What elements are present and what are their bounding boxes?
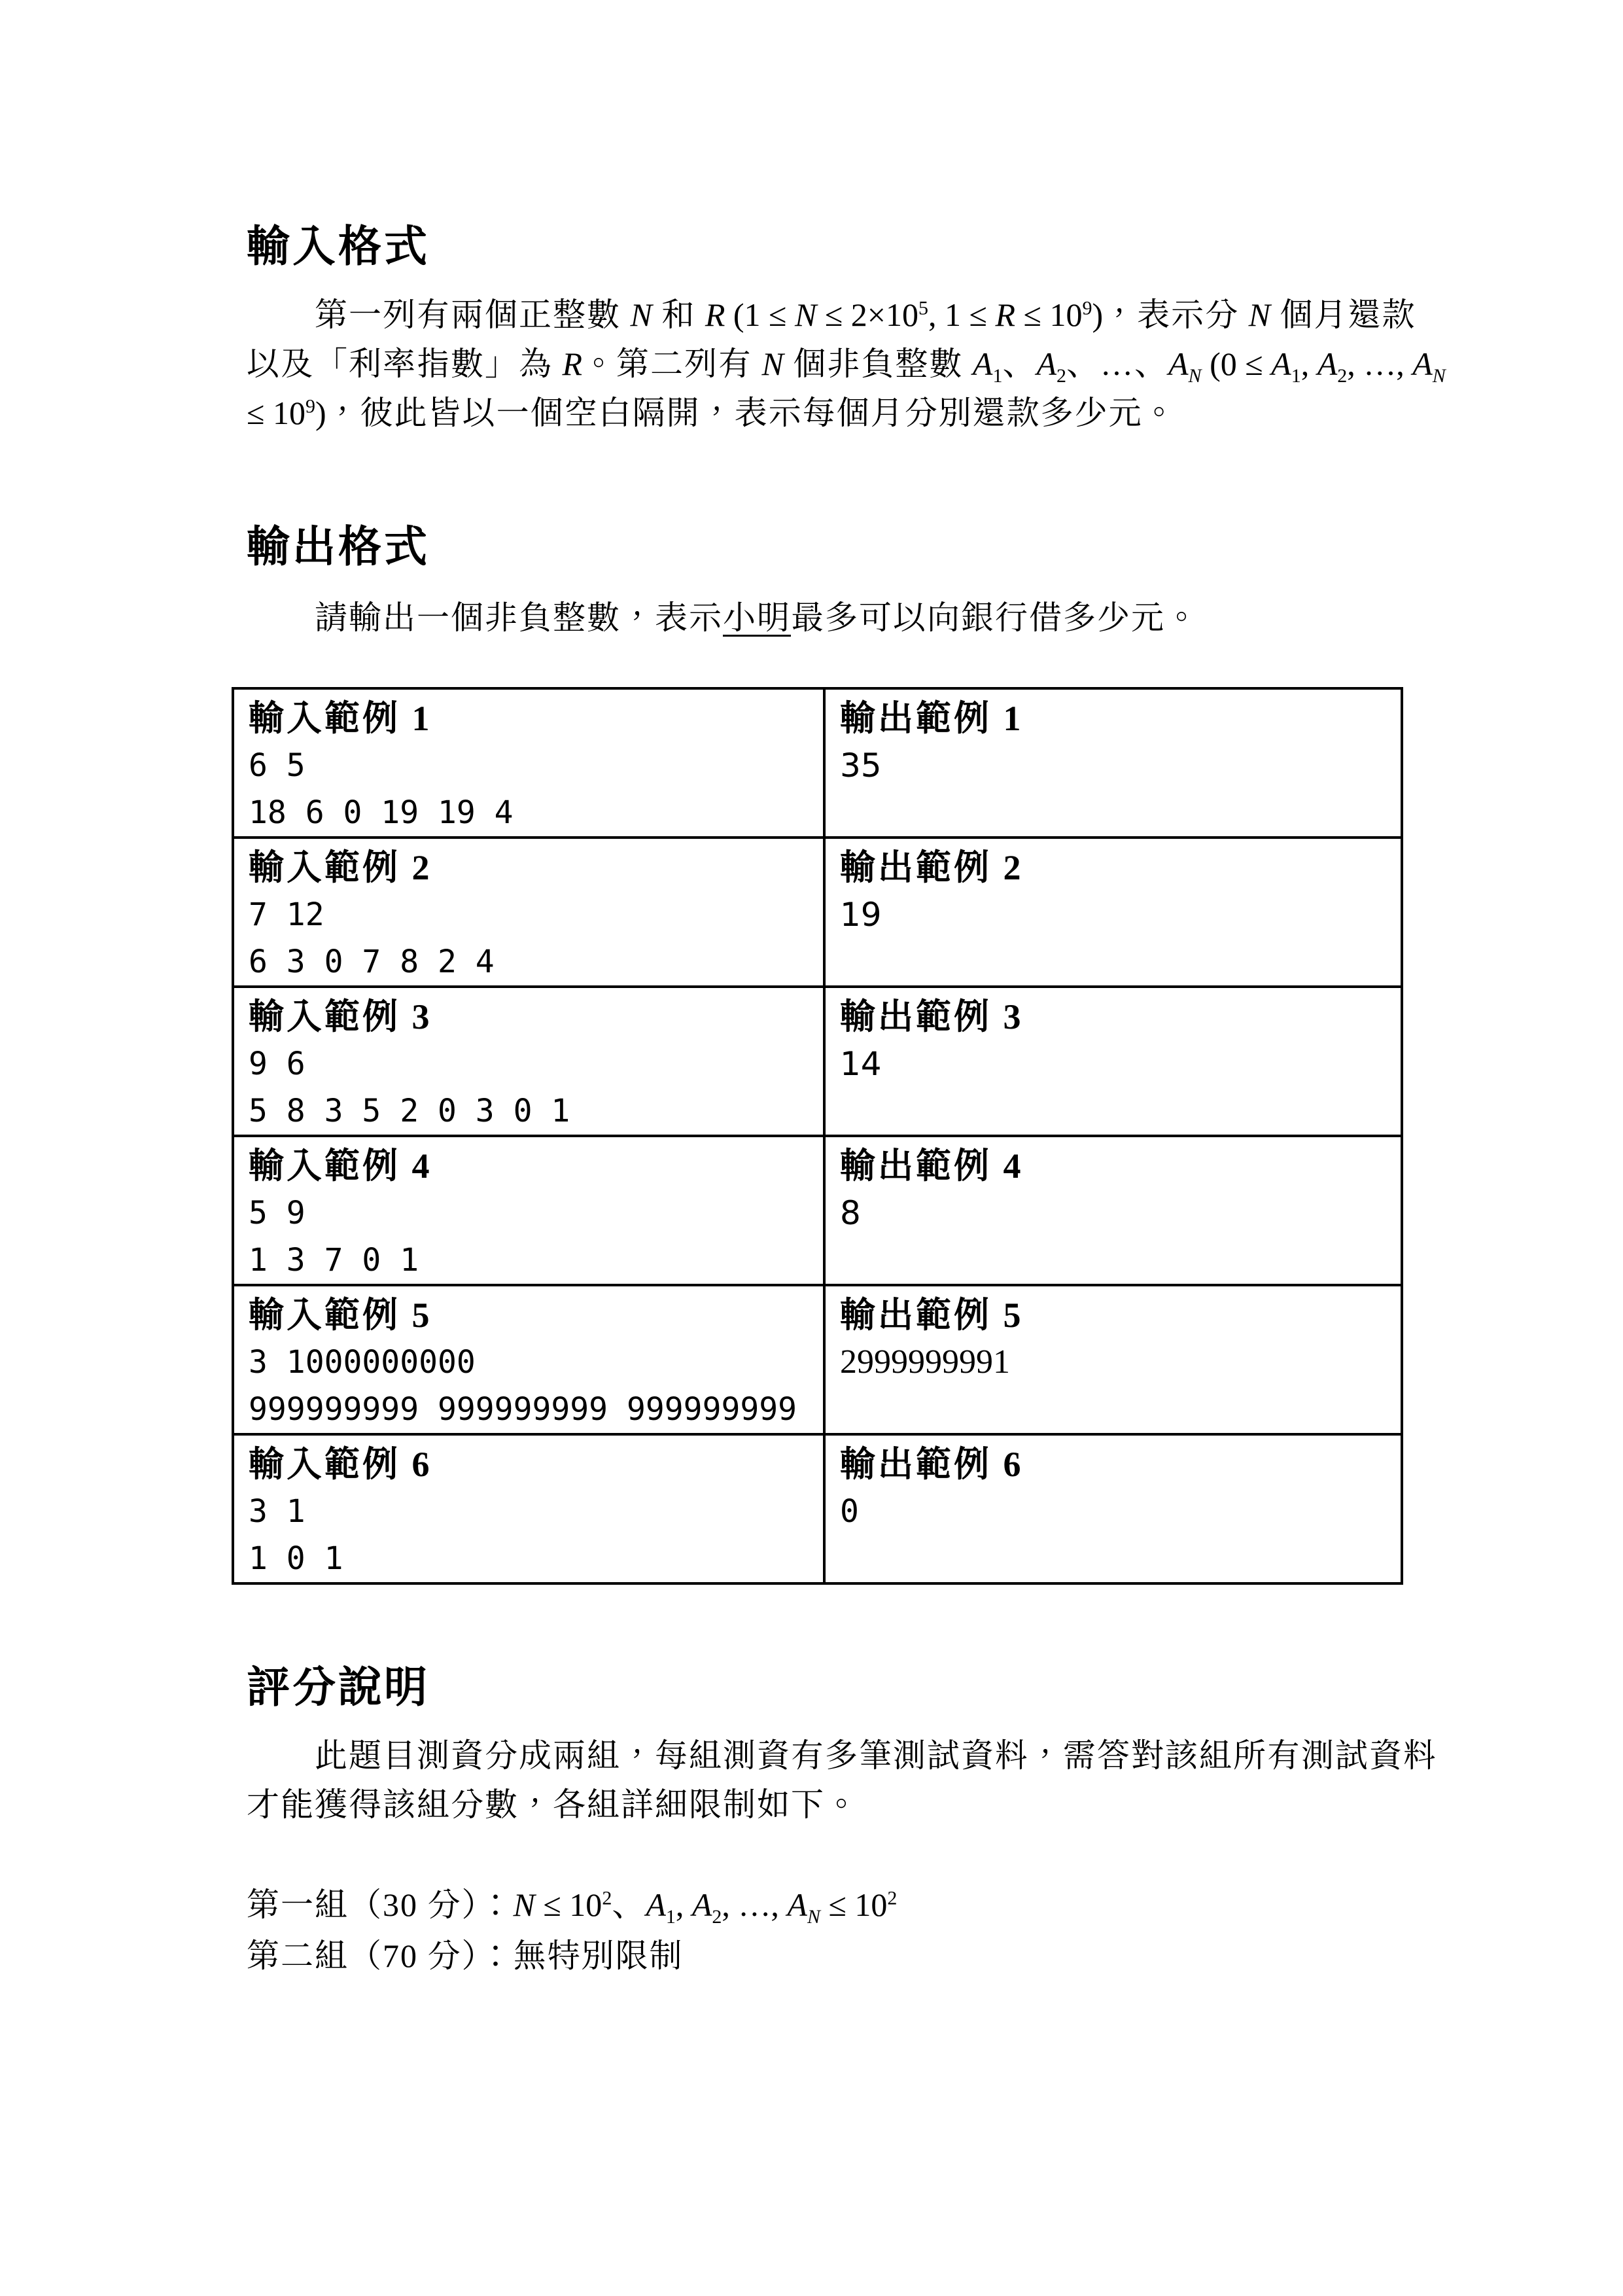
- example-input-line: 3 1: [249, 1488, 809, 1535]
- example-input-label: 輸入範例 2: [249, 844, 809, 891]
- output-format-heading: 輸出格式: [247, 521, 1401, 574]
- input-format-paragraph: 第一列有兩個正整數 N 和 R (1 ≤ N ≤ 2×105, 1 ≤ R ≤ …: [247, 291, 1401, 438]
- example-input-label: 輸入範例 4: [249, 1142, 809, 1190]
- paragraph-line: 以及「利率指數」為 R。第二列有 N 個非負整數 A1、A2、…、AN (0 ≤…: [247, 340, 1401, 389]
- example-row: 輸入範例 6 3 1 1 0 1 輸出範例 6 0: [233, 1434, 1402, 1583]
- example-output-cell: 輸出範例 6 0: [824, 1434, 1402, 1583]
- paragraph-line: 請輸出一個非負整數，表示小明最多可以向銀行借多少元。: [247, 593, 1401, 643]
- example-row: 輸入範例 5 3 1000000000 999999999 999999999 …: [233, 1285, 1402, 1434]
- example-input-line: 6 3 0 7 8 2 4: [249, 938, 809, 985]
- example-input-line: 6 5: [249, 742, 809, 789]
- example-row: 輸入範例 2 7 12 6 3 0 7 8 2 4 輸出範例 2 19: [233, 838, 1402, 987]
- example-row: 輸入範例 4 5 9 1 3 7 0 1 輸出範例 4 8: [233, 1136, 1402, 1285]
- example-output-label: 輸出範例 4: [840, 1142, 1386, 1190]
- example-output-cell: 輸出範例 1 35: [824, 688, 1402, 838]
- example-input-cell: 輸入範例 1 6 5 18 6 0 19 19 4: [233, 688, 824, 838]
- example-output-label: 輸出範例 6: [840, 1441, 1386, 1488]
- document-page: 輸入格式 第一列有兩個正整數 N 和 R (1 ≤ N ≤ 2×105, 1 ≤…: [0, 0, 1623, 2296]
- example-output-value: 14: [840, 1040, 1386, 1087]
- example-input-cell: 輸入範例 6 3 1 1 0 1: [233, 1434, 824, 1583]
- example-output-cell: 輸出範例 5 2999999991: [824, 1285, 1402, 1434]
- output-format-paragraph: 請輸出一個非負整數，表示小明最多可以向銀行借多少元。: [247, 593, 1401, 643]
- example-output-value: 19: [840, 891, 1386, 938]
- example-output-label: 輸出範例 3: [840, 993, 1386, 1040]
- example-input-line: 1 0 1: [249, 1535, 809, 1582]
- example-output-value: 35: [840, 742, 1386, 789]
- example-input-cell: 輸入範例 5 3 1000000000 999999999 999999999 …: [233, 1285, 824, 1434]
- example-input-line: 1 3 7 0 1: [249, 1237, 809, 1284]
- example-output-value: 0: [840, 1488, 1386, 1535]
- page-content: 輸入格式 第一列有兩個正整數 N 和 R (1 ≤ N ≤ 2×105, 1 ≤…: [232, 0, 1401, 1981]
- example-input-line: 999999999 999999999 999999999: [249, 1386, 809, 1433]
- example-input-label: 輸入範例 3: [249, 993, 809, 1040]
- example-output-value: 8: [840, 1190, 1386, 1237]
- paragraph-line: 第一列有兩個正整數 N 和 R (1 ≤ N ≤ 2×105, 1 ≤ R ≤ …: [247, 291, 1401, 340]
- example-input-line: 3 1000000000: [249, 1339, 809, 1386]
- example-output-cell: 輸出範例 3 14: [824, 987, 1402, 1136]
- example-output-cell: 輸出範例 2 19: [824, 838, 1402, 987]
- example-input-cell: 輸入範例 3 9 6 5 8 3 5 2 0 3 0 1: [233, 987, 824, 1136]
- example-input-label: 輸入範例 5: [249, 1292, 809, 1339]
- example-input-line: 7 12: [249, 891, 809, 938]
- paragraph-line: 才能獲得該組分數，各組詳細限制如下。: [247, 1780, 1401, 1829]
- example-input-label: 輸入範例 1: [249, 695, 809, 742]
- example-input-line: 9 6: [249, 1040, 809, 1087]
- example-input-label: 輸入範例 6: [249, 1441, 809, 1488]
- example-output-label: 輸出範例 5: [840, 1292, 1386, 1339]
- scoring-groups: 第一組（30 分）：N ≤ 102、A1, A2, …, AN ≤ 102 第二…: [247, 1879, 1401, 1981]
- scoring-group-1: 第一組（30 分）：N ≤ 102、A1, A2, …, AN ≤ 102: [247, 1879, 1401, 1930]
- example-row: 輸入範例 3 9 6 5 8 3 5 2 0 3 0 1 輸出範例 3 14: [233, 987, 1402, 1136]
- example-input-line: 5 9: [249, 1190, 809, 1237]
- paragraph-line: 此題目測資分成兩組，每組測資有多筆測試資料，需答對該組所有測試資料: [247, 1731, 1401, 1780]
- example-output-label: 輸出範例 2: [840, 844, 1386, 891]
- scoring-group-2: 第二組（70 分）：無特別限制: [247, 1930, 1401, 1981]
- example-input-cell: 輸入範例 2 7 12 6 3 0 7 8 2 4: [233, 838, 824, 987]
- examples-table: 輸入範例 1 6 5 18 6 0 19 19 4 輸出範例 1 35 輸入範例…: [232, 687, 1403, 1585]
- paragraph-line: ≤ 109)，彼此皆以一個空白隔開，表示每個月分別還款多少元。: [247, 389, 1401, 438]
- input-format-heading: 輸入格式: [247, 221, 1401, 274]
- example-output-label: 輸出範例 1: [840, 695, 1386, 742]
- example-output-cell: 輸出範例 4 8: [824, 1136, 1402, 1285]
- scoring-heading: 評分說明: [247, 1662, 1401, 1714]
- example-input-cell: 輸入範例 4 5 9 1 3 7 0 1: [233, 1136, 824, 1285]
- example-output-value: 2999999991: [840, 1339, 1386, 1386]
- example-input-line: 5 8 3 5 2 0 3 0 1: [249, 1087, 809, 1135]
- example-input-line: 18 6 0 19 19 4: [249, 789, 809, 836]
- example-row: 輸入範例 1 6 5 18 6 0 19 19 4 輸出範例 1 35: [233, 688, 1402, 838]
- scoring-paragraph: 此題目測資分成兩組，每組測資有多筆測試資料，需答對該組所有測試資料 才能獲得該組…: [247, 1731, 1401, 1829]
